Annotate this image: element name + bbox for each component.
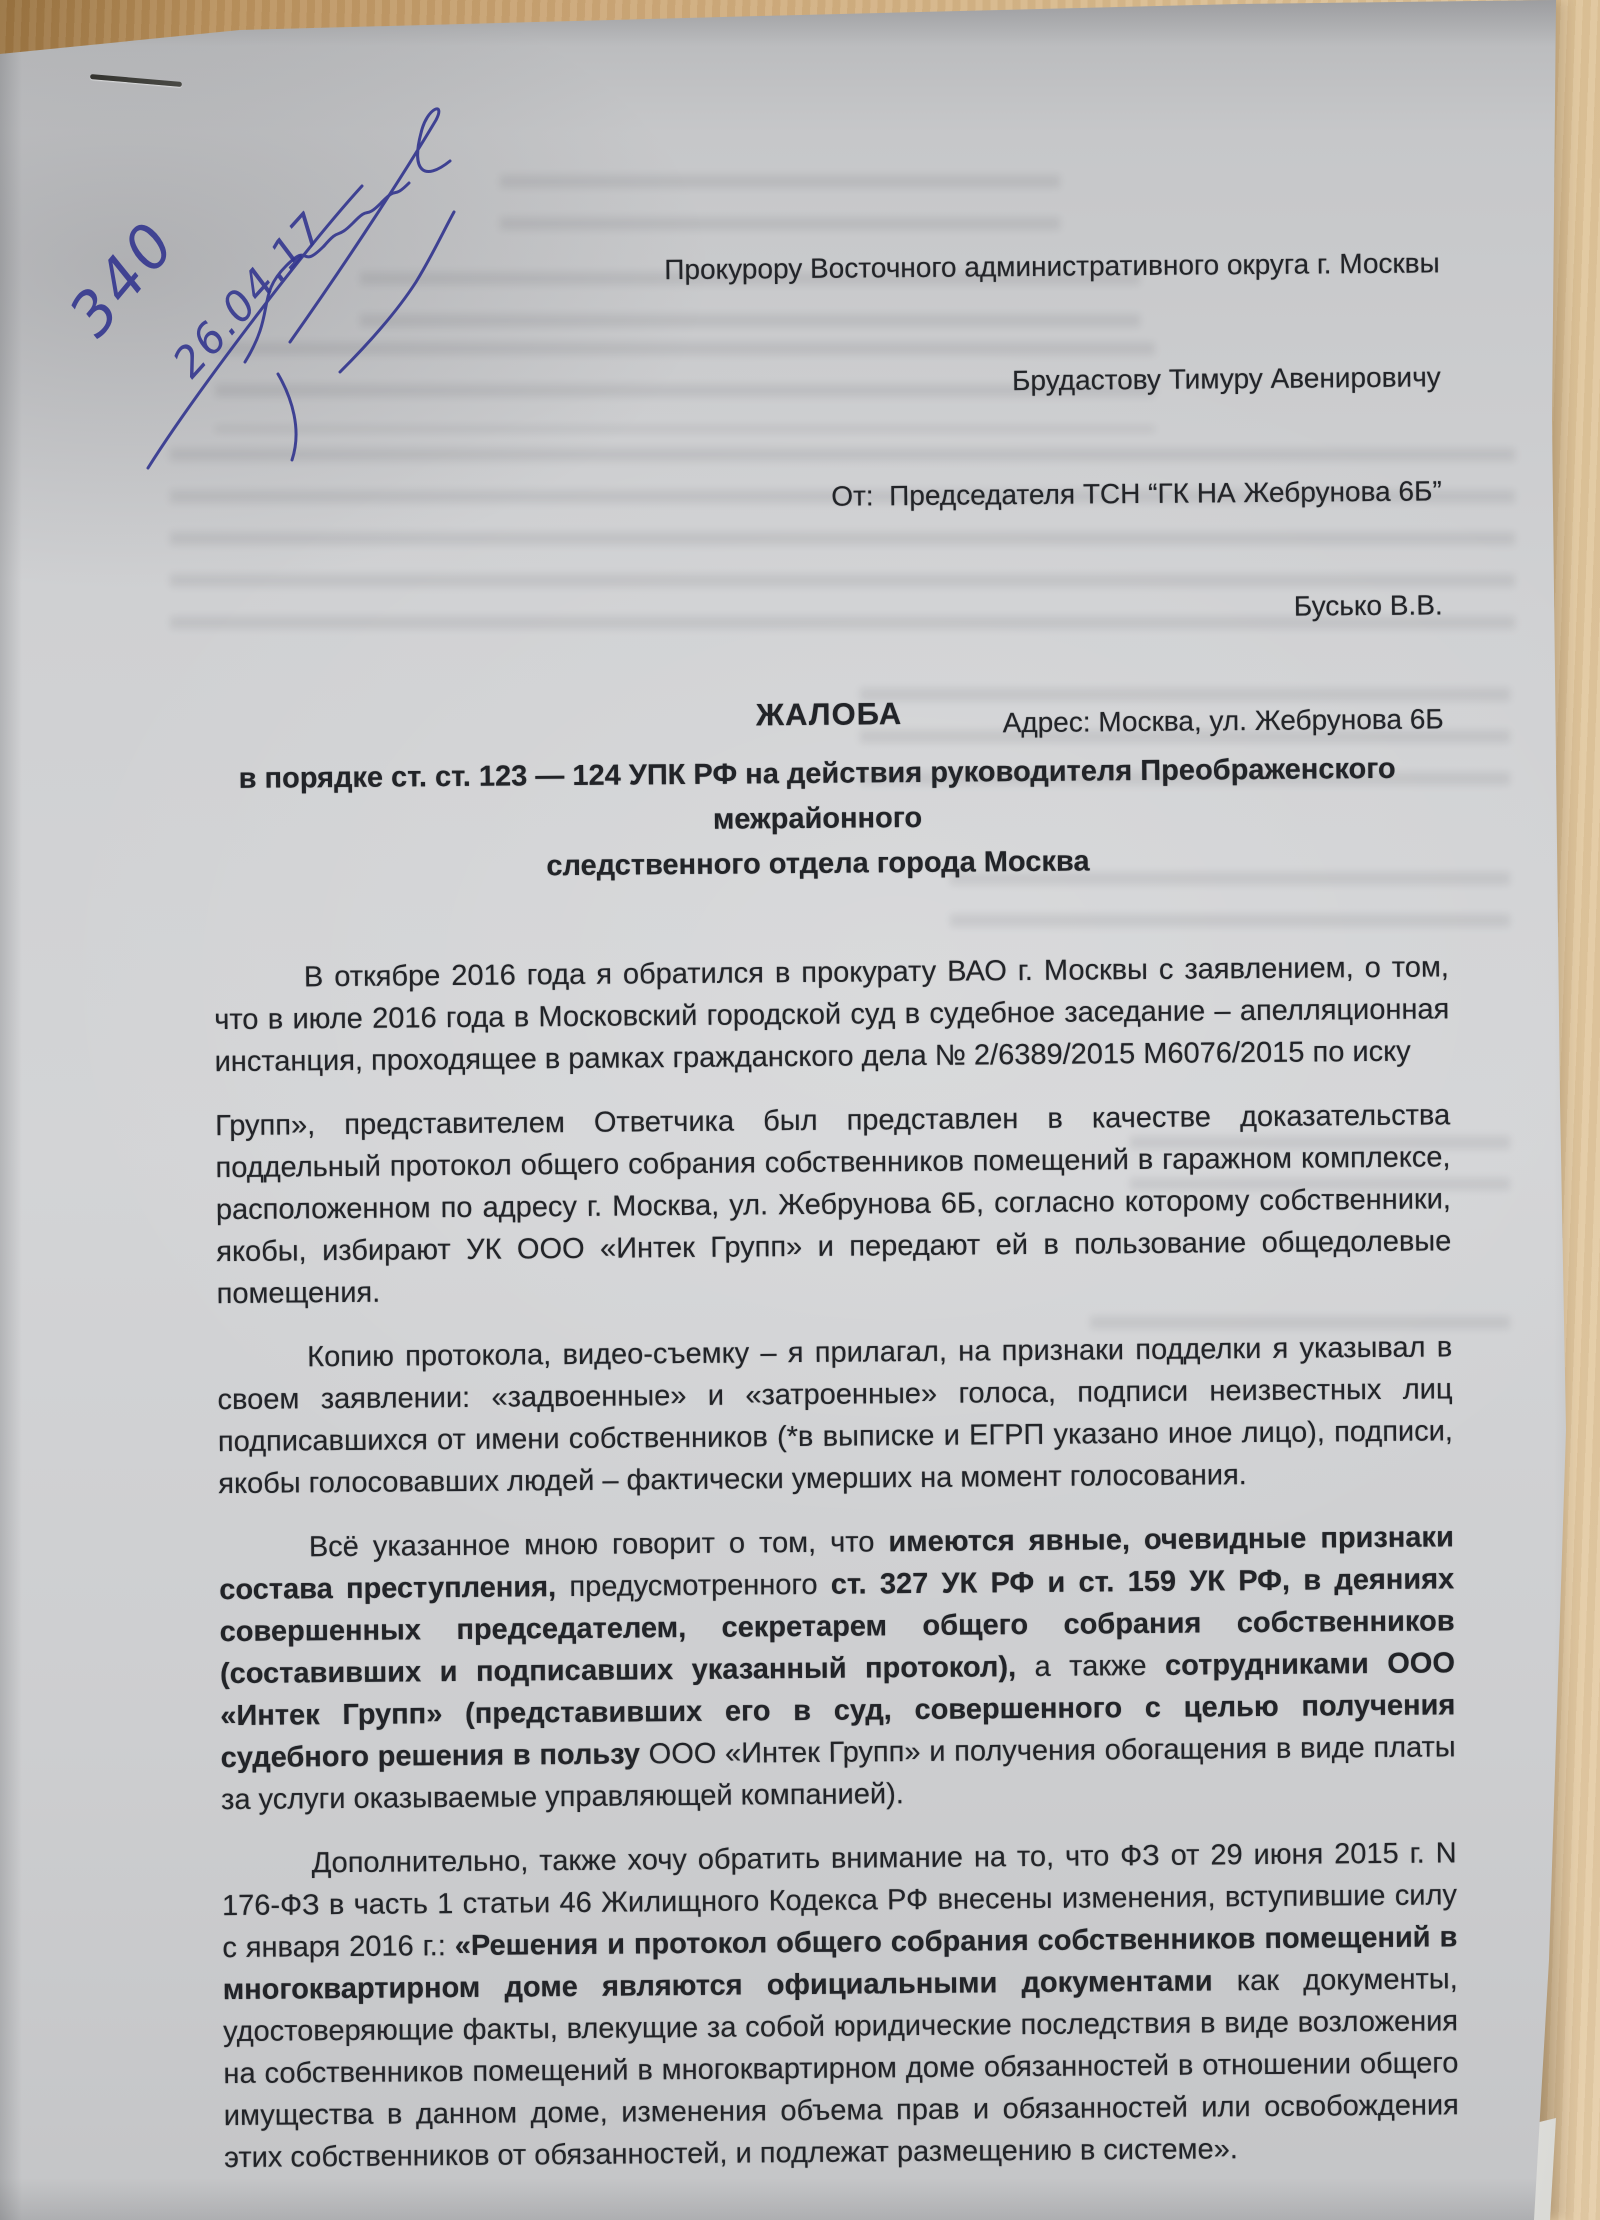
subtitle-line-1: в порядке ст. ст. 123 — 124 УПК РФ на де… bbox=[238, 753, 1395, 836]
paragraph-3-text: Копию протокола, видео-съемку – я прилаг… bbox=[217, 1331, 1453, 1500]
paragraph-2: Групп», представителем Ответчика был пре… bbox=[215, 1094, 1452, 1315]
photo-of-document: { "annotations": { "handwritten_number":… bbox=[0, 0, 1600, 2220]
paragraph-4-run: Всё указанное мною говорит о том, что bbox=[309, 1526, 889, 1563]
paragraph-4: Всё указанное мною говорит о том, что им… bbox=[219, 1516, 1457, 1821]
paragraph-5: Дополнительно, также хочу обратить внима… bbox=[221, 1832, 1459, 2179]
complaint-body: В откябре 2016 года я обратился в прокур… bbox=[214, 946, 1460, 2201]
complaint-subtitle: в порядке ст. ст. 123 — 124 УПК РФ на де… bbox=[182, 746, 1453, 892]
paragraph-3: Копию протокола, видео-съемку – я прилаг… bbox=[217, 1326, 1453, 1505]
paragraph-1: В откябре 2016 года я обратился в прокур… bbox=[214, 946, 1450, 1083]
addressee-block: Прокурору Восточного административного о… bbox=[208, 234, 1444, 758]
addressee-line-1: Прокурору Восточного административного о… bbox=[664, 247, 1440, 285]
paragraph-1-text: В откябре 2016 года я обратился в прокур… bbox=[214, 951, 1449, 1078]
sender-line: От: Председателя ТСН “ГК НА Жебрунова 6Б… bbox=[831, 475, 1442, 511]
complaint-document: Прокурору Восточного административного о… bbox=[0, 0, 1600, 2220]
addressee-line-2: Брудастову Тимуру Авенировичу bbox=[1012, 361, 1441, 396]
paper-sheet: 340 26.04.17 Прокурору Восточного админи… bbox=[0, 0, 1600, 2220]
sender-name-line: Бусько В.В. bbox=[1294, 589, 1443, 621]
subtitle-line-2: следственного отдела города Москва bbox=[546, 845, 1089, 882]
paragraph-2-text: Групп», представителем Ответчика был пре… bbox=[215, 1099, 1451, 1310]
paragraph-4-run: предусмотренного bbox=[569, 1569, 831, 1603]
paragraph-4-run: а также bbox=[1034, 1650, 1165, 1683]
